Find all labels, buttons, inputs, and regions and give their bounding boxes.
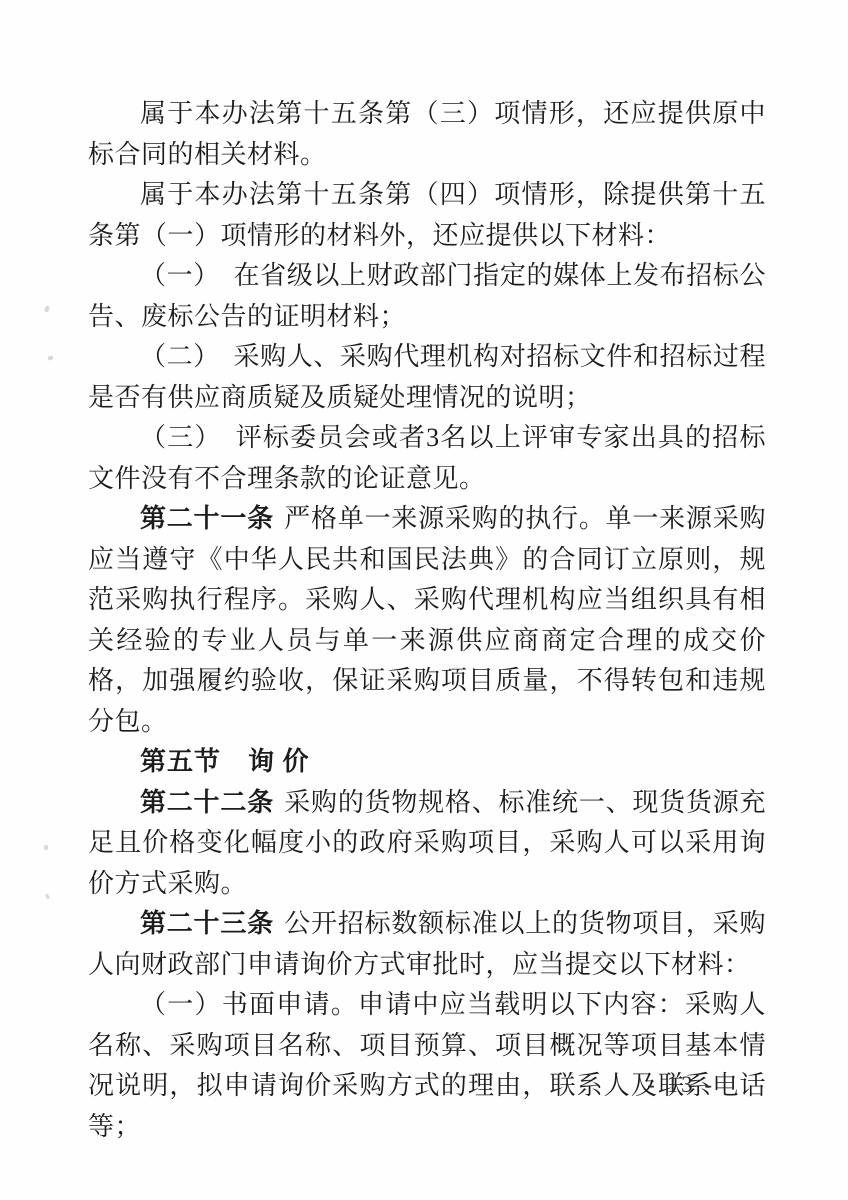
article-number: 第二十二条 bbox=[140, 788, 274, 817]
paragraph-text: （三） 评标委员会或者3名以上评审专家出具的招标文件没有不合理条款的论证意见。 bbox=[88, 423, 766, 493]
document-body: 属于本办法第十五条第（三）项情形，还应提供原中标合同的相关材料。 属于本办法第十… bbox=[88, 94, 766, 1147]
paragraph-list-item: （三） 评标委员会或者3名以上评审专家出具的招标文件没有不合理条款的论证意见。 bbox=[88, 418, 766, 499]
scan-speck bbox=[44, 305, 50, 312]
paragraph-text: 严格单一来源采购的执行。单一来源采购应当遵守《中华人民共和国民法典》的合同订立原… bbox=[88, 504, 766, 736]
paragraph-article-22: 第二十二条采购的货物规格、标准统一、现货货源充足且价格变化幅度小的政府采购项目，… bbox=[88, 783, 766, 905]
paragraph-list-item: （二） 采购人、采购代理机构对招标文件和招标过程是否有供应商质疑及质疑处理情况的… bbox=[88, 337, 766, 418]
paragraph-text: （一）书面申请。申请中应当载明以下内容：采购人名称、采购项目名称、项目预算、项目… bbox=[88, 990, 766, 1141]
paragraph: 属于本办法第十五条第（四）项情形，除提供第十五条第（一）项情形的材料外，还应提供… bbox=[88, 175, 766, 256]
paragraph-list-item: （一） 在省级以上财政部门指定的媒体上发布招标公告、废标公告的证明材料； bbox=[88, 256, 766, 337]
scan-speck bbox=[44, 845, 49, 851]
article-number: 第二十三条 bbox=[140, 909, 274, 938]
paragraph-list-item: （一）书面申请。申请中应当载明以下内容：采购人名称、采购项目名称、项目预算、项目… bbox=[88, 985, 766, 1147]
document-page: 属于本办法第十五条第（三）项情形，还应提供原中标合同的相关材料。 属于本办法第十… bbox=[0, 0, 848, 1200]
paragraph-article-23: 第二十三条公开招标数额标准以上的货物项目，采购人向财政部门申请询价方式审批时，应… bbox=[88, 904, 766, 985]
paragraph-text: （一） 在省级以上财政部门指定的媒体上发布招标公告、废标公告的证明材料； bbox=[88, 261, 766, 331]
paragraph-article-21: 第二十一条严格单一来源采购的执行。单一来源采购应当遵守《中华人民共和国民法典》的… bbox=[88, 499, 766, 742]
paragraph-text: 属于本办法第十五条第（三）项情形，还应提供原中标合同的相关材料。 bbox=[88, 99, 766, 169]
page-number: - 13 - bbox=[647, 1072, 715, 1098]
paragraph-text: （二） 采购人、采购代理机构对招标文件和招标过程是否有供应商质疑及质疑处理情况的… bbox=[88, 342, 766, 412]
paragraph: 属于本办法第十五条第（三）项情形，还应提供原中标合同的相关材料。 bbox=[88, 94, 766, 175]
scan-speck bbox=[48, 355, 54, 360]
scan-speck bbox=[45, 894, 50, 900]
article-number: 第二十一条 bbox=[140, 504, 274, 533]
paragraph-text: 属于本办法第十五条第（四）项情形，除提供第十五条第（一）项情形的材料外，还应提供… bbox=[88, 180, 766, 250]
section-heading: 第五节 询 价 bbox=[88, 742, 766, 783]
